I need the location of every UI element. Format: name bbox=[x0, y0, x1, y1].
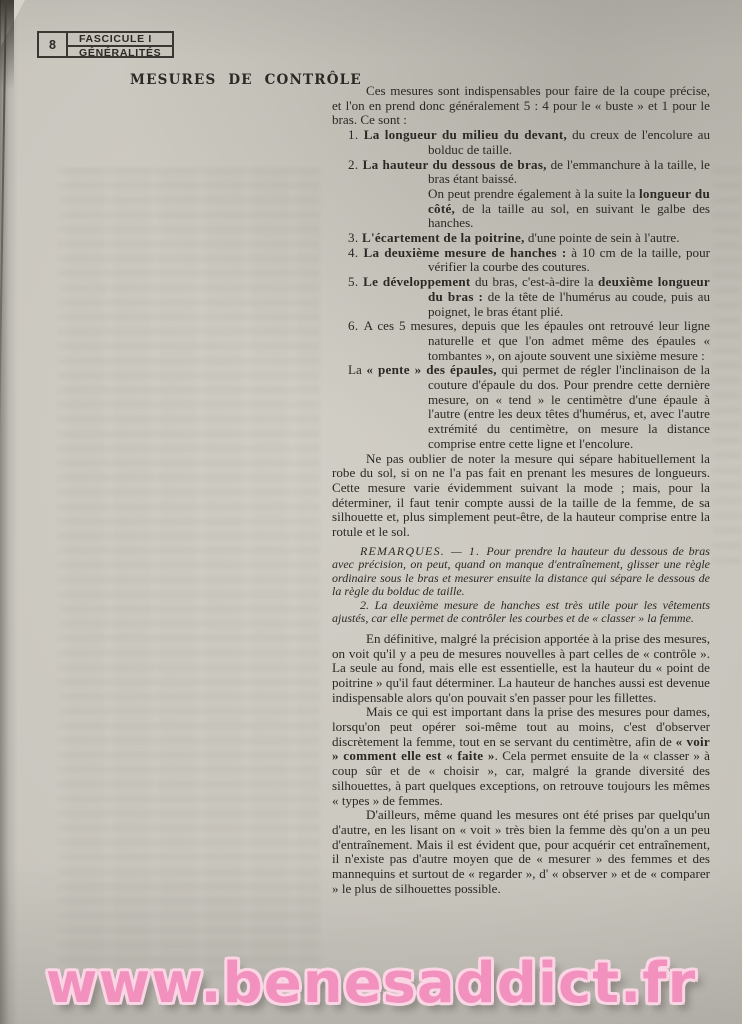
text-segment: 2. La deuxième mesure de hanches est trè… bbox=[332, 598, 710, 626]
list-item: 6. A ces 5 mesures, depuis que les épaul… bbox=[332, 319, 710, 363]
text-segment: du bras, c'est-à-dire la bbox=[471, 274, 598, 289]
text-segment: « pente » des épaules, bbox=[366, 362, 496, 377]
text-segment: L'écartement de la poitrine, bbox=[362, 230, 525, 245]
list-item: 1. La longueur du milieu du devant, du c… bbox=[332, 128, 710, 157]
text-segment: Le développement bbox=[363, 274, 470, 289]
sub-paragraph: La « pente » des épaules, qui permet de … bbox=[332, 363, 710, 451]
paragraph: Ces mesures sont indispensables pour fai… bbox=[332, 84, 710, 128]
list-number: 4. bbox=[348, 245, 363, 260]
text-segment: On peut prendre également à la suite la bbox=[428, 186, 639, 201]
remark-paragraph: REMARQUES. — 1. Pour prendre la hauteur … bbox=[332, 545, 710, 599]
paragraph: En définitive, malgré la précision appor… bbox=[332, 632, 710, 706]
page-corner-shadow bbox=[0, 0, 14, 90]
section-label: GÉNÉRALITÉS bbox=[68, 47, 172, 59]
watermark-url: www.benesaddict.fr bbox=[46, 956, 697, 1012]
header-labels: FASCICULE I GÉNÉRALITÉS bbox=[68, 33, 172, 56]
list-item: 5. Le développement du bras, c'est-à-dir… bbox=[332, 275, 710, 319]
reverse-page-bleedthrough-right bbox=[713, 168, 741, 568]
list-item: 3. L'écartement de la poitrine, d'une po… bbox=[332, 231, 710, 246]
list-number: 5. bbox=[348, 274, 363, 289]
fascicule-label: FASCICULE I bbox=[68, 33, 172, 47]
list-number: 2. bbox=[348, 157, 363, 172]
page-number: 8 bbox=[39, 33, 68, 56]
text-segment: Ne pas oublier de noter la mesure qui sé… bbox=[332, 451, 710, 540]
text-segment: Ces mesures sont indispensables pour fai… bbox=[332, 83, 710, 127]
text-segment: Mais ce qui est important dans la prise … bbox=[332, 704, 710, 748]
scanned-book-page: 8 FASCICULE I GÉNÉRALITÉS MESURES DE CON… bbox=[0, 0, 742, 1024]
text-segment: d'une pointe de sein à l'autre. bbox=[525, 230, 680, 245]
text-segment: A ces 5 mesures, depuis que les épaules … bbox=[364, 318, 710, 362]
list-number: 6. bbox=[348, 318, 364, 333]
text-segment: La hauteur du dessous de bras, bbox=[363, 157, 547, 172]
text-segment: La deuxième mesure de hanches : bbox=[363, 245, 566, 260]
body-text-column: Ces mesures sont indispensables pour fai… bbox=[332, 84, 710, 896]
paragraph: Mais ce qui est important dans la prise … bbox=[332, 705, 710, 808]
list-number: 1. bbox=[348, 127, 364, 142]
text-segment: La longueur du milieu du devant, bbox=[364, 127, 567, 142]
paragraph: D'ailleurs, même quand les mesures ont é… bbox=[332, 808, 710, 896]
list-number: 3. bbox=[348, 230, 362, 245]
list-continuation: On peut prendre également à la suite la … bbox=[428, 187, 710, 231]
text-segment: La bbox=[348, 362, 366, 377]
page-header-box: 8 FASCICULE I GÉNÉRALITÉS bbox=[37, 31, 174, 58]
text-segment: D'ailleurs, même quand les mesures ont é… bbox=[332, 807, 710, 896]
list-item: 4. La deuxième mesure de hanches : à 10 … bbox=[332, 246, 710, 275]
text-segment: de la taille au sol, en suivant le galbe… bbox=[428, 201, 710, 231]
remark-paragraph: 2. La deuxième mesure de hanches est trè… bbox=[332, 599, 710, 626]
text-segment: REMARQUES. — 1. bbox=[360, 544, 486, 558]
list-item: 2. La hauteur du dessous de bras, de l'e… bbox=[332, 158, 710, 187]
paragraph: Ne pas oublier de noter la mesure qui sé… bbox=[332, 452, 710, 540]
reverse-page-bleedthrough bbox=[58, 168, 320, 976]
page-title: MESURES DE CONTRÔLE bbox=[130, 72, 362, 88]
text-segment: En définitive, malgré la précision appor… bbox=[332, 631, 710, 705]
